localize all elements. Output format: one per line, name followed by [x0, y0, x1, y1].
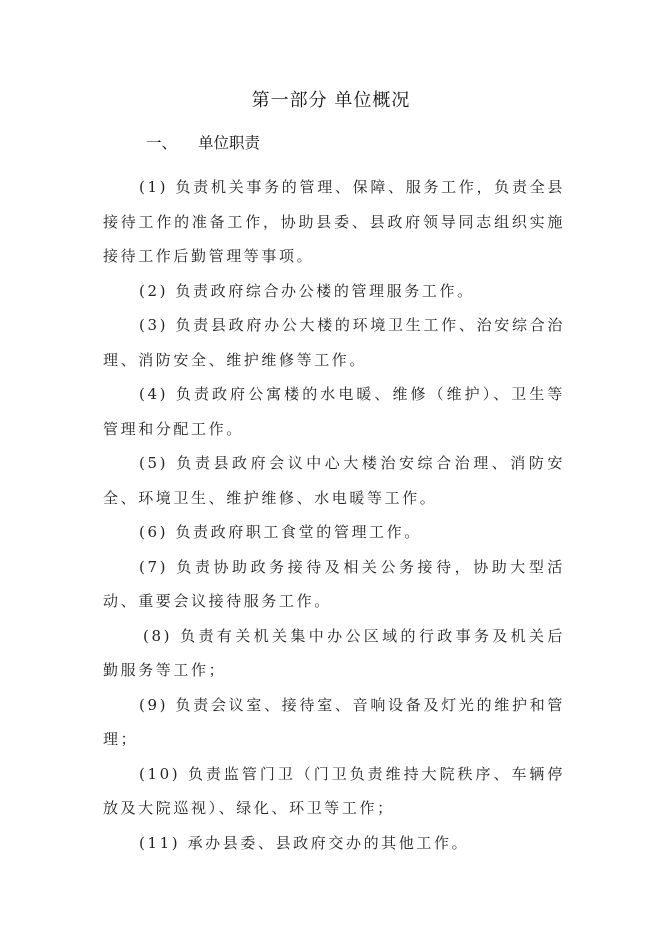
duty-label: (9) [139, 696, 168, 714]
page-title: 第一部分 单位概况 [0, 86, 662, 112]
duty-text: 负责会议室、接待室、音响设备及灯光的维护和管理； [103, 696, 565, 749]
duty-text: 负责县政府会议中心大楼治安综合治理、消防安全、环境卫生、维护维修、水电暖等工作。 [103, 454, 565, 507]
duty-label: (2) [139, 282, 168, 300]
duty-label: (7) [139, 558, 168, 576]
duty-text: 负责县政府办公大楼的环境卫生工作、治安综合治理、消防安全、维护维修等工作。 [103, 316, 565, 369]
duty-item: (9) 负责会议室、接待室、音响设备及灯光的维护和管理； [103, 688, 565, 757]
duty-label: (3) [139, 316, 168, 334]
duty-item: (10) 负责监管门卫（门卫负责维持大院秩序、车辆停放及大院巡视）、绿化、环卫等… [103, 757, 565, 826]
duty-label: (4) [139, 385, 168, 403]
duty-text: 负责机关事务的管理、保障、服务工作，负责全县接待工作的准备工作，协助县委、县政府… [103, 178, 565, 265]
duty-item: (4) 负责政府公寓楼的水电暖、维修（维护）、卫生等管理和分配工作。 [103, 377, 565, 446]
duty-item: (1) 负责机关事务的管理、保障、服务工作，负责全县接待工作的准备工作，协助县委… [103, 170, 565, 274]
duty-item: (3) 负责县政府办公大楼的环境卫生工作、治安综合治理、消防安全、维护维修等工作… [103, 308, 565, 377]
duties-list: (1) 负责机关事务的管理、保障、服务工作，负责全县接待工作的准备工作，协助县委… [103, 170, 565, 860]
duty-item: (7) 负责协助政务接待及相关公务接待，协助大型活动、重要会议接待服务工作。 [103, 550, 565, 619]
duty-text: 负责政府综合办公楼的管理服务工作。 [175, 282, 474, 300]
duty-item: (6) 负责政府职工食堂的管理工作。 [103, 515, 565, 550]
duty-text: 负责协助政务接待及相关公务接待，协助大型活动、重要会议接待服务工作。 [103, 558, 565, 611]
duty-item: (5) 负责县政府会议中心大楼治安综合治理、消防安全、环境卫生、维护维修、水电暖… [103, 446, 565, 515]
duty-item: (11) 承办县委、县政府交办的其他工作。 [103, 826, 565, 861]
duty-text: 负责有关机关集中办公区域的行政事务及机关后勤服务等工作； [103, 627, 565, 680]
duty-label: (10) [139, 765, 180, 783]
duty-item: (8) 负责有关机关集中办公区域的行政事务及机关后勤服务等工作； [103, 619, 565, 688]
duty-text: 负责政府职工食堂的管理工作。 [175, 523, 421, 541]
duty-text: 负责政府公寓楼的水电暖、维修（维护）、卫生等管理和分配工作。 [103, 385, 565, 438]
duty-label: (6) [139, 523, 168, 541]
duty-item: (2) 负责政府综合办公楼的管理服务工作。 [103, 274, 565, 309]
section-heading: 一、单位职责 [146, 131, 260, 153]
duty-text: 承办县委、县政府交办的其他工作。 [188, 834, 470, 852]
duty-label: (11) [139, 834, 180, 852]
duty-label: (5) [139, 454, 168, 472]
section-heading-text: 单位职责 [198, 134, 260, 152]
section-number: 一、 [146, 131, 198, 153]
duty-label: (1) [139, 178, 168, 196]
duty-label: (8) [143, 627, 172, 645]
